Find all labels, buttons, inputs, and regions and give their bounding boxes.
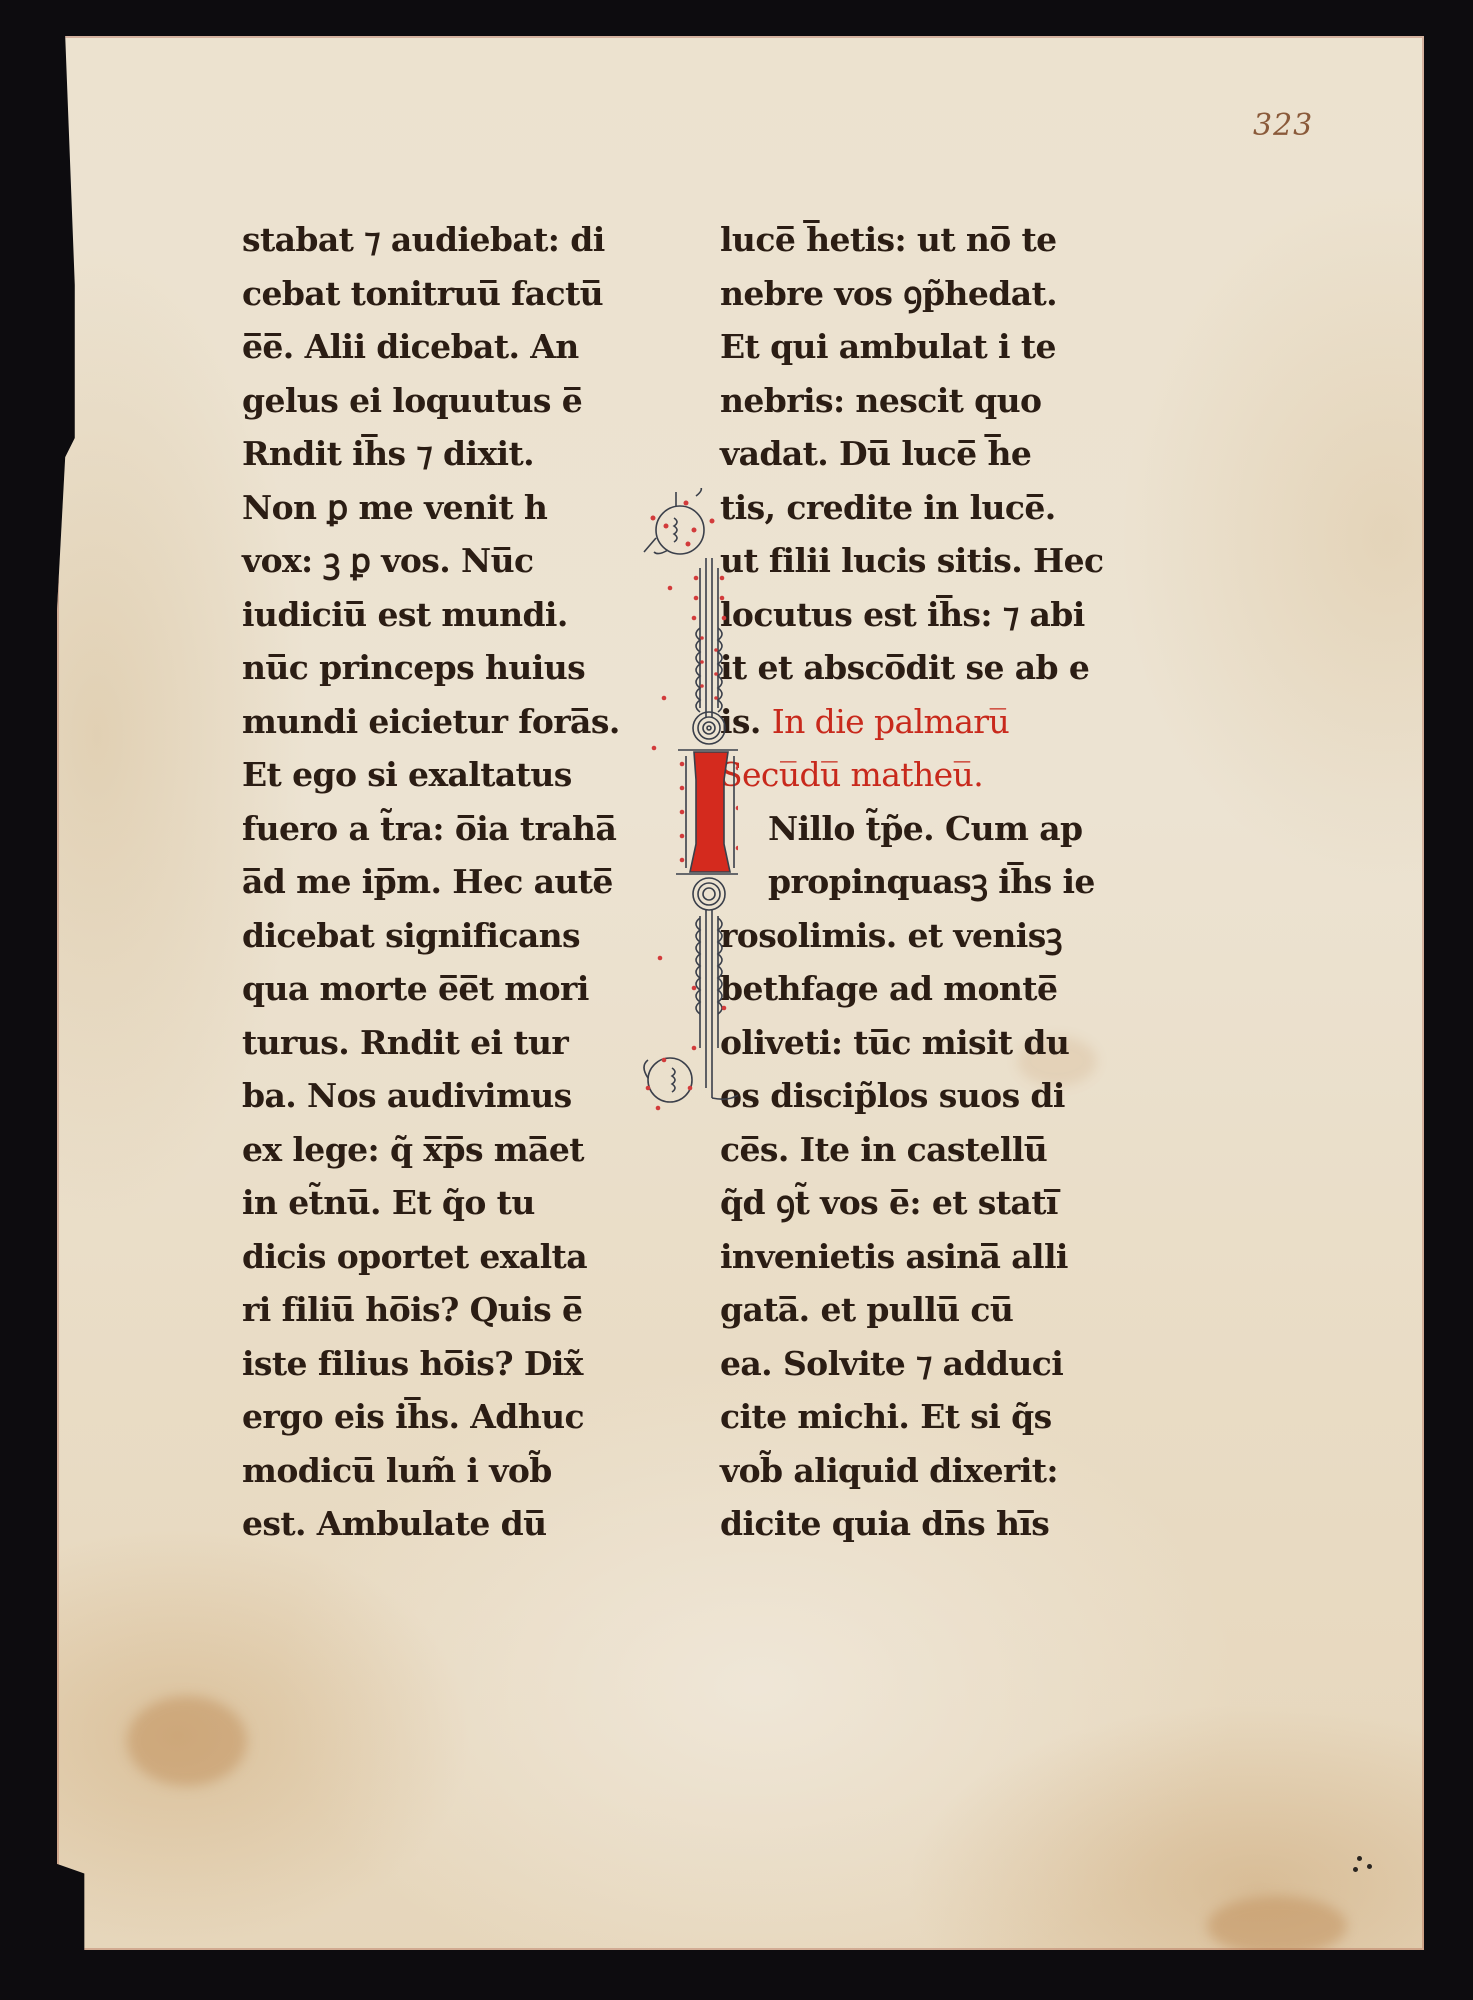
- text-line: modicu̅ lum̃ i vob̃: [242, 1444, 632, 1498]
- grotesque-face-icon: [644, 1058, 692, 1102]
- text-line: ba. Nos audivimus: [242, 1069, 632, 1123]
- text-line: stabat ⁊ audiebat: di: [242, 213, 632, 267]
- text-line: Et qui ambulat i te: [720, 320, 1140, 374]
- text-line: locutus est ih̅s: ⁊ abi: [720, 588, 1140, 642]
- text-line: est. Ambulate du̅: [242, 1497, 632, 1551]
- decorated-initial-icon: [628, 488, 738, 1128]
- text-line: oliveti: tu̅c misit du: [720, 1016, 1140, 1070]
- text-line: ut filii lucis sitis. Hec: [720, 534, 1140, 588]
- text-line: ce̅s. Ite in castellu̅: [720, 1123, 1140, 1177]
- text-column-right: luce̅ h̅etis: ut no̅ te nebre vos ꝯp̃hed…: [720, 213, 1140, 1551]
- rubric-heading: Secu̅du̅ matheu̅.: [720, 748, 1140, 802]
- wormhole: [1367, 1864, 1372, 1869]
- text-line: cite michi. Et si q̃s: [720, 1390, 1140, 1444]
- text-line: invenietis asina̅ alli: [720, 1230, 1140, 1284]
- text-column-left: stabat ⁊ audiebat: di cebat tonitruu̅ fa…: [242, 213, 632, 1551]
- stain: [127, 1696, 247, 1786]
- text-line: Non ꝑ me venit h: [242, 481, 632, 535]
- text-line: dicebat significans: [242, 909, 632, 963]
- text-line: Rndit ih̅s ⁊ dixit.: [242, 427, 632, 481]
- text-line: luce̅ h̅etis: ut no̅ te: [720, 213, 1140, 267]
- text-line: fuero a t̃ra: o̅ia traha̅: [242, 802, 632, 856]
- text-line: gata̅. et pullu̅ cu̅: [720, 1283, 1140, 1337]
- text-line: ea. Solvite ⁊ adduci: [720, 1337, 1140, 1391]
- text-line: vadat. Du̅ luce̅ h̅e: [720, 427, 1140, 481]
- text-line: nebre vos ꝯp̃hedat.: [720, 267, 1140, 321]
- rubric-heading: In die palmaru̅: [772, 702, 1009, 741]
- text-line: turus. Rndit ei tur: [242, 1016, 632, 1070]
- text-line: a̅d me ip̅m. Hec aute̅: [242, 855, 632, 909]
- folio-number: 323: [1253, 108, 1313, 143]
- text-line-with-rubric: is. In die palmaru̅: [720, 695, 1140, 749]
- wormhole: [1357, 1856, 1362, 1861]
- text-line: ex lege: q̃ x̅p̅s ma̅et: [242, 1123, 632, 1177]
- text-line: iudiciu̅ est mundi.: [242, 588, 632, 642]
- text-line: os discip̃los suos di: [720, 1069, 1140, 1123]
- text-line: nebris: nescit quo: [720, 374, 1140, 428]
- text-line: ri filiu̅ ho̅is? Quis e̅: [242, 1283, 632, 1337]
- text-line: q̃d ꝯt̃ vos e̅: et stati̅: [720, 1176, 1140, 1230]
- text-line: propinquasꝫ ih̅s ie: [720, 855, 1140, 909]
- text-line: cebat tonitruu̅ factu̅: [242, 267, 632, 321]
- initial-letter-body: [690, 752, 730, 872]
- text-line: vob̃ aliquid dixerit:: [720, 1444, 1140, 1498]
- text-line: ergo eis ih̅s. Adhuc: [242, 1390, 632, 1444]
- text-line: vox: ꝫ ꝑ vos. Nu̅c: [242, 534, 632, 588]
- text-line: mundi eicietur fora̅s.: [242, 695, 632, 749]
- text-line: nu̅c princeps huius: [242, 641, 632, 695]
- text-line: in et̃nu̅. Et q̃o tu: [242, 1176, 632, 1230]
- text-line: rosolimis. et venisꝫ: [720, 909, 1140, 963]
- text-line: gelus ei loquutus e̅: [242, 374, 632, 428]
- text-line: bethfage ad monte̅: [720, 962, 1140, 1016]
- text-line: tis, credite in luce̅.: [720, 481, 1140, 535]
- text-line: it et absco̅dit se ab e: [720, 641, 1140, 695]
- text-line: dicis oportet exalta: [242, 1230, 632, 1284]
- grotesque-face-icon: [644, 488, 704, 554]
- text-line: qua morte e̅e̅t mori: [242, 962, 632, 1016]
- text-line: iste filius ho̅is? Dix̃: [242, 1337, 632, 1391]
- text-line: dicite quia dn̅s hi̅s: [720, 1497, 1140, 1551]
- wormhole: [1353, 1867, 1358, 1872]
- text-line: Nillo t̃p̃e. Cum ap: [720, 802, 1140, 856]
- stain: [1207, 1896, 1347, 1956]
- text-line: Et ego si exaltatus: [242, 748, 632, 802]
- text-line: e̅e̅. Alii dicebat. An: [242, 320, 632, 374]
